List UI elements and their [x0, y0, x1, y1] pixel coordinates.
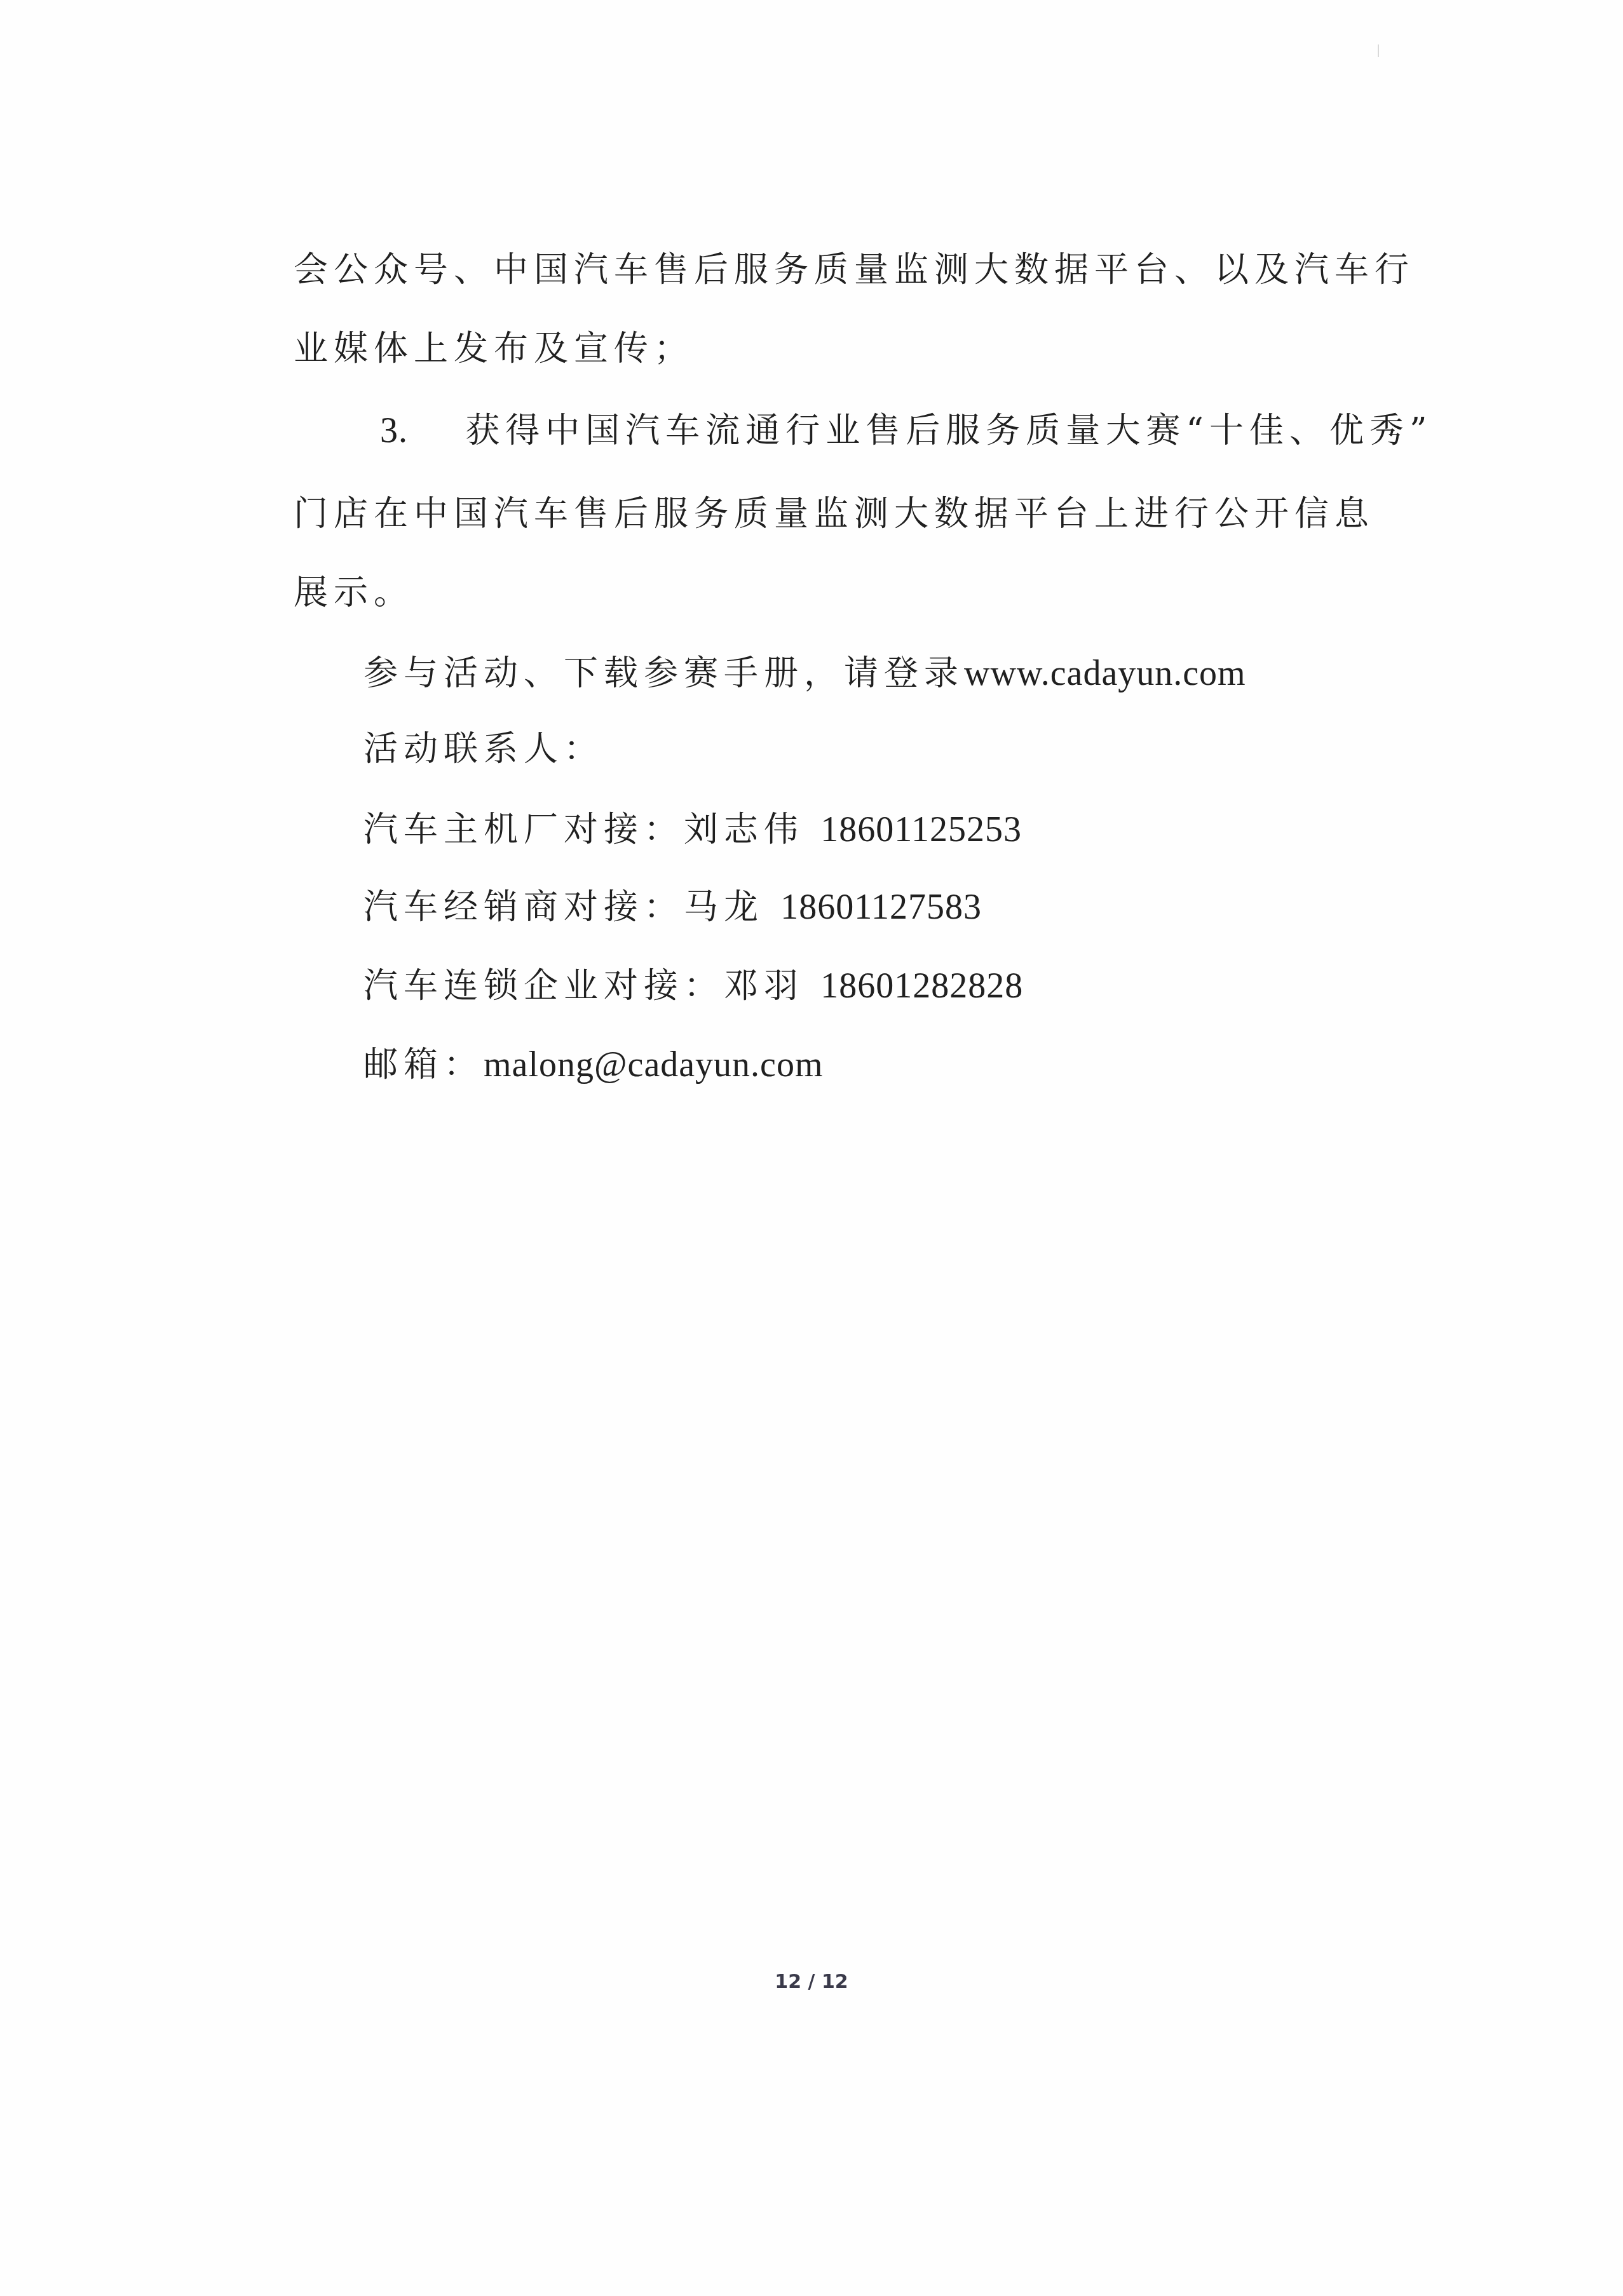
- registration-url[interactable]: www.cadayun.com: [964, 654, 1246, 693]
- paragraph-3-line-1: 3. 获得中国汽车流通行业售后服务质量大赛“十佳、优秀”: [380, 413, 1433, 449]
- contact-label: 汽车经销商对接：: [363, 887, 684, 927]
- contact-oem: 汽车主机厂对接：刘志伟 18601125253: [363, 812, 1022, 847]
- contact-dealer: 汽车经销商对接：马龙 18601127583: [363, 889, 982, 925]
- paragraph-3-line-2: 门店在中国汽车售后服务质量监测大数据平台上进行公开信息: [294, 497, 1375, 531]
- contact-phone: 18601125253: [820, 810, 1022, 849]
- email-line: 邮箱：malong@cadayun.com: [363, 1047, 824, 1083]
- text: 展示。: [294, 572, 414, 612]
- text: 获得中国汽车流通行业售后服务质量大赛“十佳、优秀”: [465, 410, 1432, 450]
- contact-label: 汽车主机厂对接：: [363, 809, 684, 849]
- text: 活动联系人：: [363, 729, 604, 769]
- contact-chain: 汽车连锁企业对接：邓羽 18601282828: [363, 968, 1023, 1004]
- text: 会公众号、中国汽车售后服务质量监测大数据平台、以及汽车行: [294, 250, 1415, 290]
- contact-name: 刘志伟: [684, 809, 804, 849]
- contact-phone: 18601127583: [780, 888, 982, 927]
- contacts-heading: 活动联系人：: [363, 732, 604, 766]
- registration-text: 参与活动、下载参赛手册，请登录: [363, 653, 964, 693]
- document-page: 会公众号、中国汽车售后服务质量监测大数据平台、以及汽车行 业媒体上发布及宣传； …: [0, 0, 1623, 2296]
- contact-label: 汽车连锁企业对接：: [363, 966, 724, 1006]
- contact-name: 马龙: [684, 887, 764, 927]
- contact-name: 邓羽: [724, 966, 804, 1006]
- text: 门店在中国汽车售后服务质量监测大数据平台上进行公开信息: [294, 494, 1375, 534]
- paragraph-2-line-2: 业媒体上发布及宣传；: [294, 332, 694, 366]
- page-number: 12 / 12: [0, 1971, 1623, 1993]
- paragraph-3-line-3: 展示。: [294, 576, 414, 610]
- registration-line: 参与活动、下载参赛手册，请登录www.cadayun.com: [363, 656, 1246, 691]
- text: 业媒体上发布及宣传；: [294, 328, 694, 368]
- paragraph-2-line-1: 会公众号、中国汽车售后服务质量监测大数据平台、以及汽车行: [294, 253, 1415, 287]
- scan-artifact: [1378, 44, 1379, 57]
- list-number: 3.: [380, 411, 408, 450]
- email-label: 邮箱：: [363, 1044, 484, 1084]
- email-address[interactable]: malong@cadayun.com: [484, 1045, 824, 1084]
- contact-phone: 18601282828: [820, 966, 1023, 1006]
